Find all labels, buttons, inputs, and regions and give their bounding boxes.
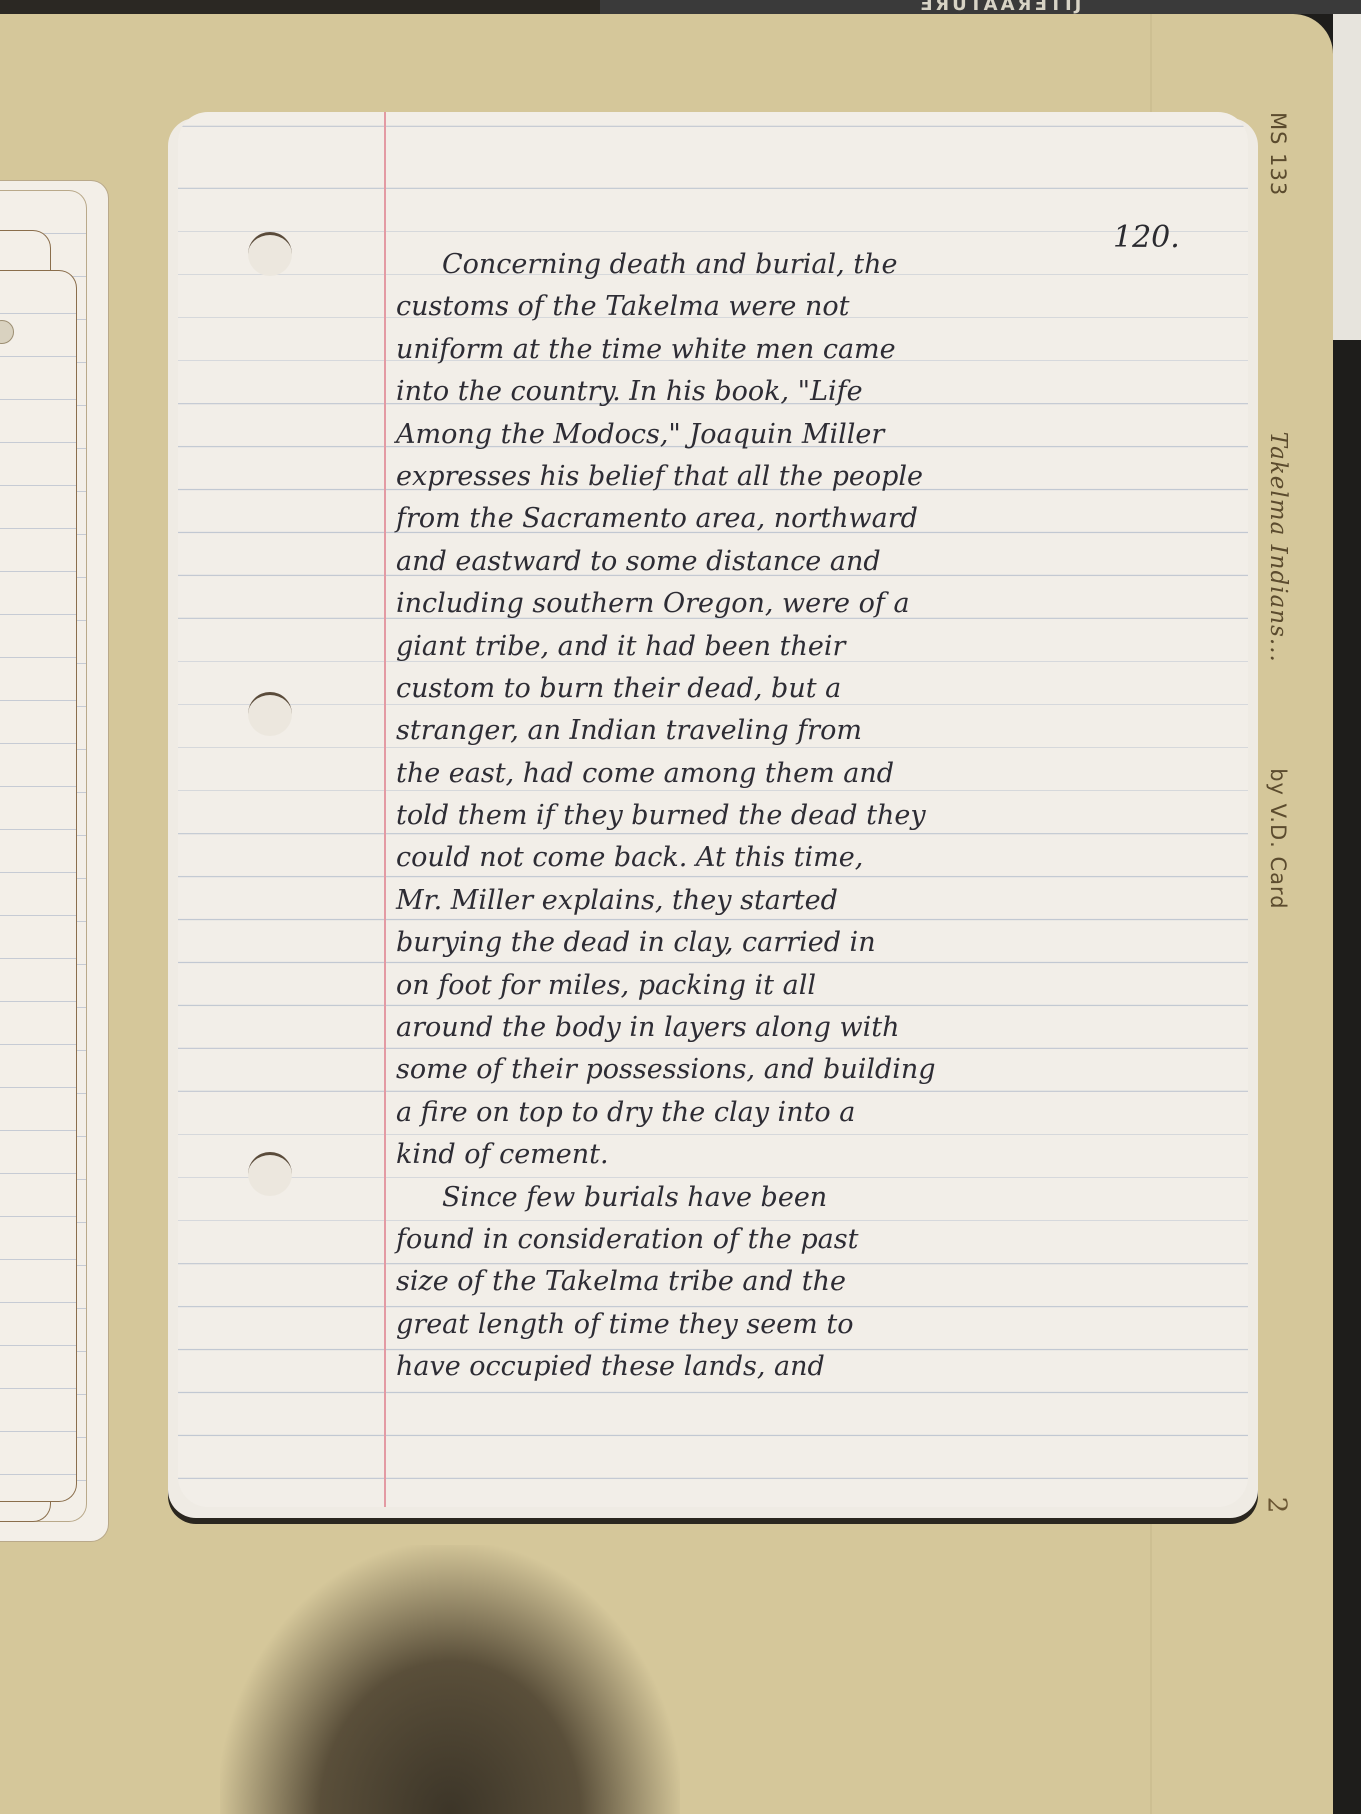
text-line: found in consideration of the past xyxy=(396,1219,1216,1261)
text-line: customs of the Takelma were not xyxy=(396,286,1216,328)
folder-corner-mark: 2 xyxy=(1261,1497,1291,1514)
background-light-object xyxy=(1333,10,1361,340)
background-top-strip: ƎЯUTAAЯƎTIJ xyxy=(600,0,1361,14)
hole-punch-bottom xyxy=(248,1152,292,1196)
notebook-page: 120. Concerning death and burial, the cu… xyxy=(178,112,1248,1507)
text-line: great length of time they seem to xyxy=(396,1304,1216,1346)
text-line: have occupied these lands, and xyxy=(396,1346,1216,1388)
margin-line xyxy=(384,112,386,1507)
text-line: stranger, an Indian traveling from xyxy=(396,710,1216,752)
hand-shadow xyxy=(220,1545,680,1814)
text-line: expresses his belief that all the people xyxy=(396,456,1216,498)
text-line: Mr. Miller explains, they started xyxy=(396,880,1216,922)
text-line: burying the dead in clay, carried in xyxy=(396,922,1216,964)
text-line: custom to burn their dead, but a xyxy=(396,668,1216,710)
folder-tab-label: MS 133 Takelma Indians... by V.D. Card xyxy=(1265,112,1291,910)
text-line: including southern Oregon, were of a xyxy=(396,583,1216,625)
text-line: kind of cement. xyxy=(396,1134,1216,1176)
text-line: Concerning death and burial, the xyxy=(396,244,1216,286)
text-line: told them if they burned the dead they xyxy=(396,795,1216,837)
text-line: uniform at the time white men came xyxy=(396,329,1216,371)
text-line: a fire on top to dry the clay into a xyxy=(396,1092,1216,1134)
hole-punch-middle xyxy=(248,692,292,736)
text-line: giant tribe, and it had been their xyxy=(396,626,1216,668)
left-paper-sheet xyxy=(0,270,77,1502)
folder-title: Takelma Indians... xyxy=(1265,432,1291,663)
folder-author: by V.D. Card xyxy=(1266,768,1290,909)
top-strip-partial-text: ƎЯUTAAЯƎTIJ xyxy=(920,0,1084,15)
text-line: from the Sacramento area, northward xyxy=(396,498,1216,540)
hole-punch-top xyxy=(248,232,292,276)
text-line: into the country. In his book, "Life xyxy=(396,371,1216,413)
text-line: around the body in layers along with xyxy=(396,1007,1216,1049)
text-line: some of their possessions, and building xyxy=(396,1049,1216,1091)
text-line: Since few burials have been xyxy=(396,1177,1216,1219)
handwritten-text: Concerning death and burial, the customs… xyxy=(396,244,1216,1389)
text-line: could not come back. At this time, xyxy=(396,837,1216,879)
text-line: Among the Modocs," Joaquin Miller xyxy=(396,414,1216,456)
text-line: the east, had come among them and xyxy=(396,753,1216,795)
collection-id: MS 133 xyxy=(1266,112,1290,196)
text-line: and eastward to some distance and xyxy=(396,541,1216,583)
text-line: on foot for miles, packing it all xyxy=(396,965,1216,1007)
text-line: size of the Takelma tribe and the xyxy=(396,1261,1216,1303)
left-paper-stack xyxy=(0,170,120,1550)
